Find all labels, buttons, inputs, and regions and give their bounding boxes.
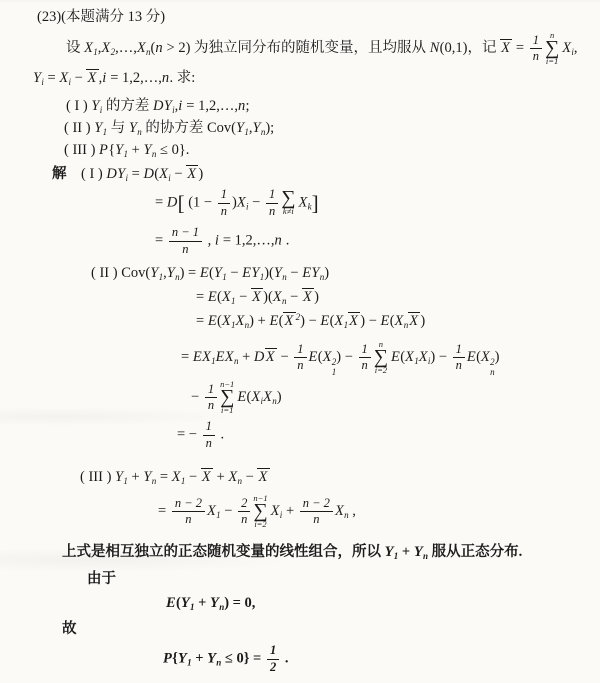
math-variable: n [155,40,163,56]
text-run: 由于 [87,571,116,587]
math-variable: E [320,313,329,329]
math-variable: X [481,349,490,365]
since-label: 由于 [87,570,116,589]
math-variable: Y [210,595,219,611]
fraction-denominator: n [172,512,205,527]
overbar-variable: X [500,39,512,56]
text-run: = − [177,427,201,443]
fraction-denominator: n [218,204,230,219]
math-variable: EX [193,349,211,365]
fraction-numerator: 1 [453,343,465,359]
math-variable: X [84,40,93,56]
text-run: ( II ) Cov( [91,265,150,281]
fraction-denominator: n [169,242,202,257]
math-variable: E [208,289,217,305]
fraction-denominator: n [238,512,250,527]
text-run: , [204,233,215,249]
text-run: − [236,289,251,305]
math-variable: EY [302,265,320,281]
text-run: − [286,289,301,305]
text-run: + [282,503,297,519]
summation: n∑i=1 [545,31,559,67]
fraction-numerator: n − 2 [172,497,205,513]
math-variable: Y [181,595,190,611]
text-run: + [128,142,143,158]
math-variable: X [334,313,343,329]
fraction-numerator: n − 1 [169,226,202,242]
text-run: − [287,265,302,281]
question-2: ( II ) Y1 与 Yn 的协方差 Cov(Y1,Yn); [64,119,274,139]
overbar-variable: X [408,312,420,329]
problem-number: (23)(本题满分 13 分) [37,8,165,27]
overbar-variable: X [86,69,98,86]
overbar-variable: X [265,348,277,365]
math-fraction: 12 [267,644,279,675]
fraction-numerator: 1 [530,34,542,50]
summation-sigma-icon: ∑ [545,40,559,57]
summation: n−1∑i=1 [220,380,234,416]
fraction-denominator: n [294,358,306,373]
fraction-denominator: n [300,512,333,527]
math-variable: X [59,70,68,86]
math-variable: Y [115,142,123,158]
document-page: (23)(本题满分 13 分)设 X1,X2,…,Xn(n > 2) 为独立同分… [0,0,600,683]
math-variable: X [405,349,414,365]
text-run: ; [246,98,250,114]
text-run: )( [263,289,273,305]
text-run: (23)(本题满分 13 分) [37,9,165,25]
math-variable: DY [153,98,172,114]
text-run: = [158,503,170,519]
text-run: , [574,40,578,56]
text-run: = [512,40,527,56]
text-run: (0,1)，记 [440,40,500,56]
fraction-numerator: n − 2 [300,497,333,513]
therefore-label: 故 [62,620,77,639]
text-run: + [238,349,253,365]
text-run: ) [324,265,329,281]
summation-lower-limit: i=2 [375,366,387,375]
text-run: = [128,166,143,182]
solution-part2-result: = − 1n . [177,420,224,451]
overbar-variable: X [251,288,263,305]
text-run: = 1,2,…, [219,233,274,249]
text-run: + [213,469,228,485]
fraction-denominator: n [453,358,465,373]
summation-lower-limit: k≠i [283,207,294,216]
text-run: − [171,166,186,182]
problem-setup-2: Yi = Xi − X,i = 1,2,…,n. 求: [33,69,195,89]
math-variable: EY [242,265,260,281]
math-variable: P [99,142,108,158]
math-fraction: n − 2n [172,497,205,528]
text-run: ( I ) [67,166,107,182]
text-run: ) = 0, [224,595,255,611]
summation-lower-limit: i=1 [546,57,558,66]
summation: n−1∑i=2 [253,494,267,530]
subscript: 1 [332,368,337,377]
math-variable: X [335,503,344,519]
text-run: + [398,544,414,560]
solution-part2-step2: = E(X1 − X)(Xn − X) [196,288,319,308]
text-run: − [277,349,292,365]
text-run: = [155,195,167,211]
math-fraction: n − 1n [169,226,202,257]
question-1: ( I ) Yi 的方差 DYi,i = 1,2,…,n; [66,97,250,117]
math-variable: X [273,289,282,305]
math-fraction: 1n [205,383,217,414]
text-run: . [282,233,289,249]
text-run: = 1,2,…, [183,98,238,114]
problem-setup: 设 X1,X2,…,Xn(n > 2) 为独立同分布的随机变量，且均服从 N(0… [66,31,578,67]
math-fraction: 1n [359,343,371,374]
text-run: = [155,233,167,249]
overbar-variable: X [201,468,213,485]
text-run: = [44,70,59,86]
text-run: − [185,469,200,485]
math-variable: Y [94,120,102,136]
math-variable: Y [167,265,175,281]
fraction-numerator: 1 [203,420,215,436]
text-run: = [156,469,171,485]
text-run: ( III ) [64,142,99,158]
solution-part1-step1: 解 ( I ) DYi = D(Xi − X) [52,165,203,185]
text-run: 故 [62,621,77,637]
math-variable: X [562,40,571,56]
conclusion-normality: 上式是相互独立的正态随机变量的线性组合，所以 Y1 + Yn 服从正态分布. [62,543,522,563]
text-run: + [192,651,208,667]
math-variable: X [222,313,231,329]
math-variable: Y [143,469,151,485]
text-run: . [281,651,288,667]
text-run: + [128,469,143,485]
math-variable: E [309,349,318,365]
math-variable: Y [252,120,260,136]
overbar-variable: X [257,468,269,485]
text-run: )( [264,265,274,281]
math-variable: X [222,289,231,305]
question-3: ( III ) P{Y1 + Yn ≤ 0}. [64,141,189,161]
final-answer: P{Y1 + Yn ≤ 0} = 12 . [163,644,288,675]
math-variable: Y [414,544,423,560]
big-bracket: [ [178,191,185,215]
text-run: = [196,313,208,329]
math-variable: n [238,98,246,114]
big-bracket: ] [312,191,319,215]
subscript: n [490,368,495,377]
fraction-denominator: n [266,204,278,219]
text-run: ) [314,289,319,305]
overbar-variable: X [186,165,198,182]
math-variable: Y [150,265,158,281]
fraction-denominator: n [530,49,542,64]
math-variable: X [236,313,245,329]
text-run: , [349,503,356,519]
math-variable: X [228,469,237,485]
solve-label: 解 [52,166,67,182]
solution-part3-step1: ( III ) Y1 + Yn = X1 − X + Xn − X [80,468,270,488]
solution-part3-step2: = n − 2nX1 − 2nn−1∑i=2Xi + n − 2nXn , [158,494,356,530]
text-run: 的方差 [102,98,153,114]
summation-sigma-icon: ∑ [220,389,234,406]
text-run: 的协方差 Cov( [142,120,236,136]
math-variable: X [237,195,246,211]
math-fraction: 1n [453,343,465,374]
text-run: 与 [107,120,129,136]
summation: n∑i=2 [374,340,388,376]
text-run: ,…, [115,40,137,56]
math-variable: E [200,265,209,281]
fraction-numerator: 1 [266,188,278,204]
solution-part1-step2: = D[ (1 − 1n)Xi − 1n∑k≠iXk] [155,188,319,219]
text-run: ) [277,389,282,405]
text-run: ( I ) [66,98,91,114]
math-variable: E [381,313,390,329]
fraction-numerator: 1 [359,343,371,359]
math-variable: E [166,595,176,611]
solution-part1-result: = n − 1n , i = 1,2,…,n . [155,226,289,257]
math-variable: D [254,349,265,365]
math-variable: Y [385,544,394,560]
solution-part2-step4: = EX1EXn + DX − 1nE(X21) − 1nn∑i=2E(X1Xi… [181,340,499,377]
math-variable: E [208,313,217,329]
fraction-numerator: 1 [218,188,230,204]
math-variable: X [101,40,110,56]
math-variable: X [323,349,332,365]
math-fraction: 1n [218,188,230,219]
solution-part2-step5: − 1nn−1∑i=1E(XiXn) [191,380,282,416]
summation-sigma-icon: ∑ [253,503,267,520]
math-fraction: 1n [203,420,215,451]
text-run: ) + [249,313,269,329]
overbar-variable: X [302,288,314,305]
text-run: ( III ) [80,469,115,485]
math-variable: X [251,389,260,405]
text-run: ) [420,313,425,329]
text-run: − [221,503,236,519]
text-run: . 求: [169,70,195,86]
overbar-variable: X [283,312,295,329]
math-variable: Y [129,120,137,136]
summation: ∑k≠i [281,190,295,216]
text-run: − [191,389,203,405]
math-fraction: 1n [530,34,542,65]
math-variable: N [430,40,440,56]
text-run: 服从正态分布. [428,544,522,560]
text-run: = 1,2,…, [107,70,162,86]
text-run: ≤ 0}. [156,142,189,158]
text-run: ( II ) [64,120,94,136]
text-run: 上式是相互独立的正态随机变量的线性组合，所以 [62,544,385,560]
text-run: > 2) 为独立同分布的随机变量，且均服从 [163,40,430,56]
math-variable: X [419,349,428,365]
summation-lower-limit: i=1 [221,406,233,415]
text-run: ) = [180,265,200,281]
math-variable: X [172,469,181,485]
math-variable: P [163,651,172,667]
math-variable: Y [91,98,99,114]
math-variable: Y [178,651,187,667]
solution-part2-step3: = E(X1Xn) + E(X2) − E(X1X) − E(XnX) [196,312,425,332]
math-variable: E [391,349,400,365]
fraction-denominator: 2 [267,660,279,675]
text-run: ≤ 0} = [221,651,265,667]
math-variable: X [271,503,280,519]
math-variable: X [159,166,168,182]
fraction-numerator: 1 [267,644,279,660]
math-variable: X [395,313,404,329]
text-run: 设 [66,40,84,56]
math-fraction: 2n [238,497,250,528]
math-variable: EX [216,349,234,365]
text-run: (1 − [185,195,216,211]
text-run: − [227,265,242,281]
math-variable: X [207,503,216,519]
fraction-numerator: 1 [294,343,306,359]
fraction-numerator: 2 [238,497,250,513]
text-run: ); [265,120,274,136]
text-run: − [71,70,86,86]
math-fraction: n − 2n [300,497,333,528]
summation-lower-limit: i=2 [254,520,266,529]
summation-sigma-icon: ∑ [374,349,388,366]
text-run: ) [495,349,500,365]
math-fraction: 1n [266,188,278,219]
fraction-denominator: n [205,398,217,413]
text-run: + [195,595,211,611]
fraction-denominator: n [359,358,371,373]
text-run: ) − [336,349,356,365]
fraction-numerator: 1 [205,383,217,399]
math-variable: X [263,389,272,405]
math-variable: E [269,313,278,329]
math-variable: DY [106,166,125,182]
text-run: ) − [360,313,380,329]
text-run: = [196,289,208,305]
math-variable: X [137,40,146,56]
summation-sigma-icon: ∑ [281,190,295,207]
text-run: ) [198,166,203,182]
math-variable: D [143,166,154,182]
math-fraction: 1n [294,343,306,374]
text-run: ) − [430,349,450,365]
math-variable: D [167,195,178,211]
text-run: ) − [300,313,320,329]
math-variable: Y [143,142,151,158]
math-variable: Y [214,265,222,281]
text-run: − [249,195,264,211]
math-variable: Y [274,265,282,281]
math-variable: E [467,349,476,365]
expectation-equation: E(Y1 + Yn) = 0, [166,594,255,614]
fraction-denominator: n [203,436,215,451]
math-variable: X [298,195,307,211]
math-variable: E [237,389,246,405]
overbar-variable: X [348,312,360,329]
text-run: . [217,427,224,443]
text-run: − [242,469,257,485]
solution-part2-step1: ( II ) Cov(Y1,Yn) = E(Y1 − EY1)(Yn − EYn… [91,264,329,284]
math-variable: n [275,233,283,249]
text-run: = [181,349,193,365]
math-variable: Y [207,651,216,667]
